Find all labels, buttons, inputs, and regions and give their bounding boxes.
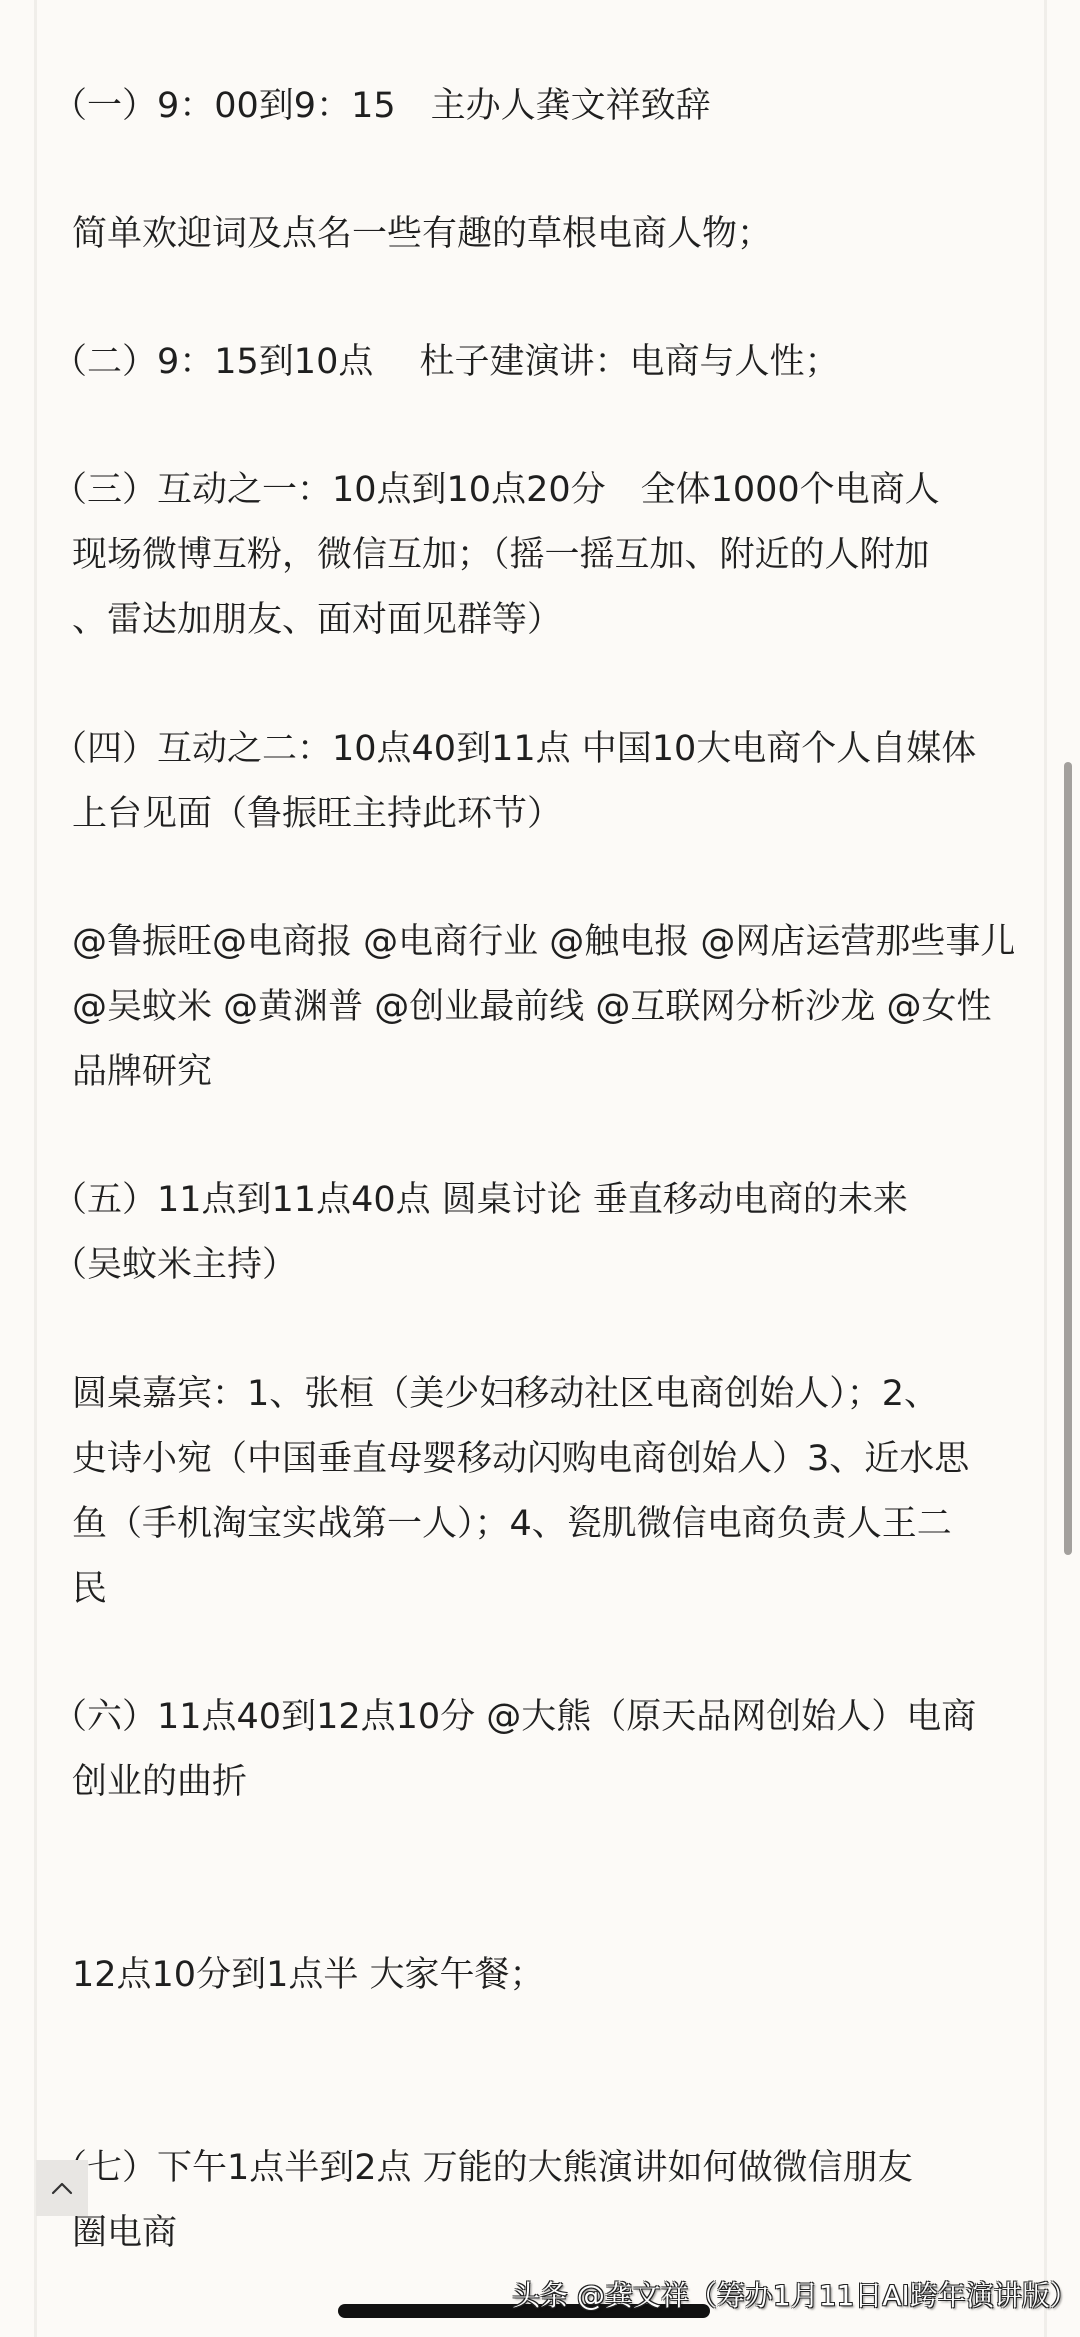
- agenda-item-5-title: （五）11点到11点40点 圆桌讨论 垂直移动电商的未来: [52, 1178, 908, 1222]
- agenda-item-6-title: （六）11点40到12点10分 @大熊（原天品网创始人）电商: [52, 1695, 976, 1739]
- guests-line-3: 鱼（手机淘宝实战第一人）；4、瓷肌微信电商负责人王二: [72, 1502, 952, 1546]
- agenda-item-7-title: （七）下午1点半到2点 万能的大熊演讲如何做微信朋友: [52, 2146, 913, 2190]
- lunch-line: 12点10分到1点半 大家午餐；: [72, 1953, 544, 1997]
- agenda-item-4-title: （四）互动之二：10点40到11点 中国10大电商个人自媒体: [52, 727, 976, 771]
- agenda-item-1-desc: 简单欢迎词及点名一些有趣的草根电商人物；: [72, 212, 772, 256]
- chevron-up-icon: [51, 2181, 73, 2195]
- agenda-item-3-line-3: 、雷达加朋友、面对面见群等）: [72, 598, 562, 642]
- agenda-item-3-line-2: 现场微博互粉，微信互加；（摇一摇互加、附近的人附加: [72, 533, 930, 577]
- back-to-top-button[interactable]: [36, 2160, 88, 2216]
- guests-line-4: 民: [72, 1567, 107, 1611]
- source-watermark: 头条 @龚文祥（筹办1月11日AI跨年演讲版）: [512, 2278, 1078, 2314]
- mentions-line-3: 品牌研究: [72, 1050, 212, 1094]
- scrollbar-thumb[interactable]: [1064, 762, 1072, 1555]
- agenda-item-1-title: （一）9：00到9：15 主办人龚文祥致辞: [52, 84, 711, 128]
- mentions-line-2: @吴蚊米 @黄渊普 @创业最前线 @互联网分析沙龙 @女性: [72, 985, 992, 1029]
- agenda-item-4-line-2: 上台见面（鲁振旺主持此环节）: [72, 792, 562, 836]
- guests-line-2: 史诗小宛（中国垂直母婴移动闪购电商创始人）3、近水思: [72, 1437, 969, 1481]
- guests-line-1: 圆桌嘉宾：1、张桓（美少妇移动社区电商创始人）；2、: [72, 1372, 939, 1416]
- agenda-item-5-line-2: （吴蚊米主持）: [52, 1243, 297, 1287]
- frame-border-left: [34, 0, 37, 2337]
- mentions-line-1: @鲁振旺@电商报 @电商行业 @触电报 @网店运营那些事儿: [72, 920, 1015, 964]
- agenda-item-6-line-2: 创业的曲折: [72, 1760, 247, 1804]
- agenda-item-3-title: （三）互动之一：10点到10点20分 全体1000个电商人: [52, 468, 940, 512]
- agenda-item-2-title: （二）9：15到10点 杜子建演讲：电商与人性；: [52, 340, 839, 384]
- frame-border-right: [1044, 0, 1047, 2337]
- agenda-item-7-line-2: 圈电商: [72, 2211, 177, 2255]
